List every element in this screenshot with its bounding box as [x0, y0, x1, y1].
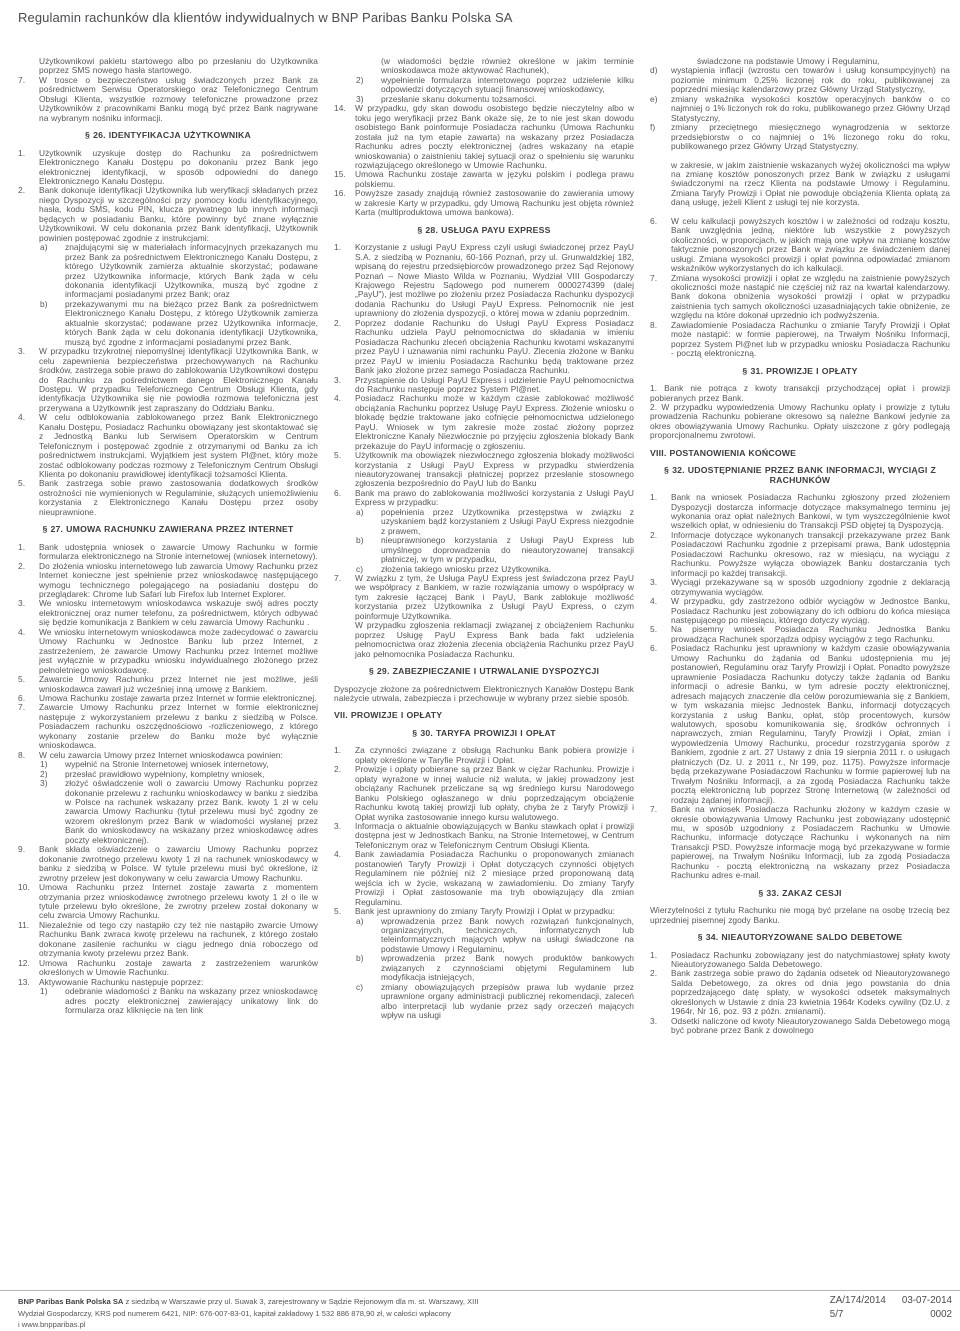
footer-document-meta: ZA/174/2014 03-07-2014 5/7 0002 [830, 1294, 952, 1321]
list-item-text: Bank składa oświadczenie o zawarciu Umow… [39, 844, 318, 882]
list-marker: 5. [18, 479, 37, 488]
list-item: e)zmiany wskaźnika wysokości kosztów ope… [650, 95, 950, 123]
list-item-text: Posiadacz Rachunku może w każdym czasie … [355, 393, 634, 450]
list-marker: 5. [650, 625, 669, 634]
list-marker: 7. [650, 805, 669, 814]
list-item-text: Prowizje i opłaty pobierane są przez Ban… [355, 764, 634, 821]
text-column-3: świadczone na podstawie Umowy i Regulami… [650, 57, 950, 1036]
list-marker: 14. [334, 104, 353, 113]
list-marker: 1) [40, 987, 62, 996]
list-item-text: Bank udostępnia wniosek o zawarcie Umowy… [39, 542, 318, 561]
form-number: 0002 [902, 1308, 952, 1321]
list-marker: 3. [650, 1017, 669, 1026]
paragraph-heading: § 26. IDENTYFIKACJA UŻYTKOWNIKA [18, 131, 318, 140]
list-item: 1.Korzystanie z usługi PayU Express czyl… [334, 243, 634, 319]
list-item-text: Bank zastrzega sobie prawo do żądania od… [671, 968, 950, 1016]
page-title: Regulamin rachunków dla klientów indywid… [18, 10, 513, 25]
list-item: 7.W trosce o bezpieczeństwo usług świadc… [18, 76, 318, 123]
list-item-text: Informacja o aktualnie obowiązujących w … [355, 821, 634, 850]
list-marker: 1. [18, 543, 37, 552]
list-item: 4.W celu odblokowania zablokowanego prze… [18, 413, 318, 479]
paragraph: w zakresie, w jakim zaistnienie wskazany… [650, 161, 950, 208]
list-item: 3.W przypadku trzykrotnej niepomyślnej i… [18, 347, 318, 413]
list-marker: b) [40, 300, 62, 309]
list-marker: 4. [18, 628, 37, 637]
list-item-text: Poprzez dodanie Rachunku do Usługi PayU … [355, 318, 634, 375]
list-subitem: b)przekazywanymi mu na bieżąco przez Ban… [18, 300, 318, 347]
list-marker: 1. [18, 149, 37, 158]
list-item-text: We wniosku internetowym wnioskodawca moż… [39, 627, 318, 675]
list-item-text: Bank dokonuje identyfikacji Użytkownika … [39, 185, 318, 242]
list-item: 6.Posiadacz Rachunku jest uprawniony w k… [650, 644, 950, 805]
list-marker: a) [356, 508, 378, 517]
paragraph-heading: § 28. USŁUGA PAYU EXPRESS [334, 226, 634, 235]
list-marker: 5. [18, 675, 37, 684]
paragraph: 2. W przypadku wypowiedzenia Umowy Rachu… [650, 403, 950, 441]
list-marker: 2. [334, 319, 353, 328]
chapter-heading: VII. PROWIZJE I OPŁATY [334, 711, 634, 720]
list-subitem: b)nieuprawnionego korzystania z Usługi P… [334, 536, 634, 564]
list-item-text: Umowa Rachunku zostaje zawarta w języku … [355, 169, 634, 188]
list-item-text: Umowa Rachunku przez Internet zostaje za… [39, 882, 318, 920]
list-item: 11.Niezależnie od tego czy nastąpiło czy… [18, 921, 318, 959]
list-item-text: Bank na wniosek Posiadacza Rachunku złoż… [671, 804, 950, 880]
document-code: ZA/174/2014 [830, 1294, 886, 1307]
list-item: 1.Posiadacz Rachunku zobowiązany jest do… [650, 951, 950, 970]
list-item: 3.Informacja o aktualnie obowiązujących … [334, 822, 634, 850]
list-marker: 1. [650, 493, 669, 502]
list-marker: 1. [334, 243, 353, 252]
list-item-text: Przystąpienie do Usługi PayU Express i u… [355, 375, 634, 394]
list-item-text: Bank na wniosek Posiadacza Rachunku zgło… [671, 492, 950, 530]
list-item-text: Zawiadomienie Posiadacza Rachunku o zmia… [671, 320, 950, 358]
list-item-text: Zawarcie Umowy Rachunku przez Internet n… [39, 674, 318, 693]
list-item: 3.Przystąpienie do Usługi PayU Express i… [334, 376, 634, 395]
chapter-heading: VIII. POSTANOWIENIA KOŃCOWE [650, 449, 950, 458]
list-item: 3.Odsetki naliczone od kwoty Nieautoryzo… [650, 1017, 950, 1036]
list-marker: 3. [334, 822, 353, 831]
list-item: 8.Zawiadomienie Posiadacza Rachunku o zm… [650, 321, 950, 359]
footer-website: i www.bnpparibas.pl [18, 1320, 86, 1329]
list-marker: 3. [18, 599, 37, 608]
paragraph-heading: § 33. ZAKAZ CESJI [650, 889, 950, 898]
paragraph: (w wiadomości będzie również określone w… [334, 57, 634, 76]
list-marker: 2) [356, 76, 378, 85]
list-item-text: złożyć oświadczenie woli o zawarciu Umow… [65, 778, 318, 845]
list-marker: 8. [650, 321, 669, 330]
list-item: 6.W celu kalkulacji powyższych kosztów i… [650, 217, 950, 274]
list-item-text: przekazywanymi mu na bieżąco przez Bank … [65, 299, 318, 347]
list-item-text: W przypadku, gdy zastrzeżono odbiór wyci… [671, 596, 950, 625]
list-marker: 3) [40, 779, 62, 788]
list-item: 16.Powyższe zasady znajdują również zast… [334, 189, 634, 217]
list-item-text: Na pisemny wniosek Posiadacza Rachunku J… [671, 624, 950, 643]
list-item-text: wprowadzenia przez Bank nowych rozwiązań… [381, 916, 634, 954]
list-marker: 10. [18, 883, 37, 892]
paragraph: W przypadku zgłoszenia reklamacji związa… [334, 621, 634, 659]
list-item: 15.Umowa Rachunku zostaje zawarta w języ… [334, 170, 634, 189]
document-page: Regulamin rachunków dla klientów indywid… [0, 0, 960, 1331]
text-column-2: (w wiadomości będzie również określone w… [334, 57, 634, 1036]
paragraph-heading: § 32. UDOSTĘPNIANIE PRZEZ BANK INFORMACJ… [650, 466, 950, 485]
list-marker: 4. [334, 394, 353, 403]
list-item: 3.Wyciągi przekazywane są w sposób uzgod… [650, 578, 950, 597]
list-item-text: Bank zastrzega sobie prawo zastosowania … [39, 478, 318, 516]
list-item-text: W przypadku trzykrotnej niepomyślnej ide… [39, 346, 318, 413]
list-item-text: Korzystanie z usługi PayU Express czyli … [355, 242, 634, 318]
list-item: 1.Za czynności związane z obsługą Rachun… [334, 746, 634, 765]
list-item-text: wystąpienia inflacji (wzrostu cen towaró… [671, 65, 950, 94]
list-item: 7.Zawarcie Umowy Rachunku przez Internet… [18, 703, 318, 750]
list-item: 7.Zmiana wysokości prowizji i opłat ze w… [650, 274, 950, 321]
list-subitem: c)zmiany obowiązujących przepisów prawa … [334, 983, 634, 1021]
footer-registration-line: Wydział Gospodarczy, KRS pod numerem 642… [18, 1309, 451, 1318]
list-item: 1.Bank na wniosek Posiadacza Rachunku zg… [650, 493, 950, 531]
list-item-text: zmiany wskaźnika wysokości kosztów opera… [671, 94, 950, 123]
list-item: 5.Na pisemny wniosek Posiadacza Rachunku… [650, 625, 950, 644]
list-item-text: Posiadacz Rachunku zobowiązany jest do n… [671, 950, 950, 969]
list-marker: e) [650, 95, 669, 104]
list-item: 1.Użytkownik uzyskuje dostęp do Rachunku… [18, 149, 318, 187]
list-marker: 2. [18, 186, 37, 195]
list-item: 4.W przypadku, gdy zastrzeżono odbiór wy… [650, 597, 950, 625]
paragraph-heading: § 34. NIEAUTORYZOWANE SALDO DEBETOWE [650, 933, 950, 942]
list-marker: d) [650, 66, 669, 75]
list-item-text: Umowa Rachunku zostaje zawarta z zastrze… [39, 958, 318, 977]
paragraph-heading: § 27. UMOWA RACHUNKU ZAWIERANA PRZEZ INT… [18, 525, 318, 534]
list-marker: 8. [18, 751, 37, 760]
list-item-text: Wyciągi przekazywane są w sposób uzgodni… [671, 577, 950, 596]
list-item: 2.Poprzez dodanie Rachunku do Usługi Pay… [334, 319, 634, 376]
paragraph: Wierzytelności z tytułu Rachunku nie mog… [650, 906, 950, 925]
list-item-text: W celu kalkulacji powyższych kosztów i w… [671, 216, 950, 273]
list-item-text: zmiany obowiązujących przepisów prawa lu… [381, 982, 634, 1020]
list-item: 12.Umowa Rachunku zostaje zawarta z zast… [18, 959, 318, 978]
list-item: 2.Prowizje i opłaty pobierane są przez B… [334, 765, 634, 822]
list-marker: 7. [650, 274, 669, 283]
paragraph: Dyspozycje złożone za pośrednictwem Elek… [334, 685, 634, 704]
list-item: 3.We wniosku internetowym wnioskodawca w… [18, 599, 318, 627]
list-marker: 2. [650, 531, 669, 540]
list-item-text: znajdującymi się w materiałach informacy… [65, 242, 318, 299]
list-item-text: Bank zawiadamia Posiadacza Rachunku o pr… [355, 849, 634, 906]
list-marker: 4. [334, 850, 353, 859]
list-item-text: W celu odblokowania zablokowanego przez … [39, 412, 318, 479]
list-item-text: odebranie wiadomości z Banku na wskazany… [65, 986, 318, 1015]
list-item: d)wystąpienia inflacji (wzrostu cen towa… [650, 66, 950, 94]
list-marker: 4. [650, 597, 669, 606]
paragraph-heading: § 29. ZABEZPIECZANIE I UTRWALANIE DYSPOZ… [334, 667, 634, 676]
list-item-text: Za czynności związane z obsługą Rachunku… [355, 745, 634, 764]
list-item-text: nieuprawnionego korzystania z Usługi Pay… [381, 535, 634, 564]
list-marker: f) [650, 123, 669, 132]
list-subitem: 1)odebranie wiadomości z Banku na wskaza… [18, 987, 318, 1015]
list-marker: 2. [650, 969, 669, 978]
list-marker: 3. [650, 578, 669, 587]
list-item: 1.Bank udostępnia wniosek o zawarcie Umo… [18, 543, 318, 562]
list-marker: 1. [650, 951, 669, 960]
list-item-text: Posiadacz Rachunku jest uprawniony w każ… [671, 643, 950, 804]
list-item: 2.Bank dokonuje identyfikacji Użytkownik… [18, 186, 318, 243]
list-marker: b) [356, 536, 378, 545]
list-marker: 6. [334, 489, 353, 498]
list-marker: a) [40, 243, 62, 252]
list-item-text: Do złożenia wniosku internetowego lub za… [39, 561, 318, 599]
list-marker: 7. [18, 76, 37, 85]
list-marker: b) [356, 954, 378, 963]
list-subitem: b)wprowadzenia przez Bank nowych produkt… [334, 954, 634, 982]
list-item: 4.Bank zawiadamia Posiadacza Rachunku o … [334, 850, 634, 907]
list-marker: 2. [334, 765, 353, 774]
list-marker: 6. [650, 217, 669, 226]
list-item: 10.Umowa Rachunku przez Internet zostaje… [18, 883, 318, 921]
footer-divider [0, 1290, 960, 1291]
list-item: 14.W przypadku, gdy skan dowodu osobiste… [334, 104, 634, 170]
list-item: 5.Bank zastrzega sobie prawo zastosowani… [18, 479, 318, 517]
paragraph: 1. Bank nie potrąca z kwoty transakcji p… [650, 384, 950, 403]
list-item: 5.Użytkownik ma obowiązek niezwłocznego … [334, 451, 634, 489]
list-item-text: wypełnienie formularza internetowego pop… [381, 75, 634, 94]
footer-company-info: BNP Paribas Bank Polska SA z siedzibą w … [18, 1296, 638, 1331]
list-marker: 16. [334, 189, 353, 198]
list-item-text: wprowadzenia przez Bank nowych produktów… [381, 953, 634, 982]
list-subitem: a)popełnienia przez Użytkownika przestęp… [334, 508, 634, 536]
list-item: 4.Posiadacz Rachunku może w każdym czasi… [334, 394, 634, 451]
footer-company-address: z siedzibą w Warszawie przy ul. Suwak 3,… [123, 1297, 478, 1306]
list-marker: 5. [334, 451, 353, 460]
list-marker: 2. [18, 562, 37, 571]
list-item-text: W trosce o bezpieczeństwo usług świadczo… [39, 75, 318, 123]
list-item: 5.Zawarcie Umowy Rachunku przez Internet… [18, 675, 318, 694]
list-item: 7.Bank na wniosek Posiadacza Rachunku zł… [650, 805, 950, 881]
list-marker: 6. [650, 644, 669, 653]
list-item-text: Odsetki naliczone od kwoty Nieautoryzowa… [671, 1016, 950, 1035]
list-marker: 3. [334, 376, 353, 385]
list-item-text: We wniosku internetowym wnioskodawca wsk… [39, 598, 318, 627]
page-number: 5/7 [830, 1308, 886, 1321]
list-item-text: W przypadku, gdy skan dowodu osobistego … [355, 103, 634, 170]
list-item-text: popełnienia przez Użytkownika przestępst… [381, 507, 634, 536]
list-marker: 7. [18, 703, 37, 712]
list-item-text: Użytkownik ma obowiązek niezwłocznego zg… [355, 450, 634, 488]
list-marker: 15. [334, 170, 353, 179]
list-item: 7.W związku z tym, że Usługa PayU Expres… [334, 574, 634, 621]
list-subitem: a)wprowadzenia przez Bank nowych rozwiąz… [334, 917, 634, 955]
list-marker: 13. [18, 978, 37, 987]
list-marker: 5. [334, 907, 353, 916]
list-marker: a) [356, 917, 378, 926]
list-item: 9.Bank składa oświadczenie o zawarciu Um… [18, 845, 318, 883]
document-body: Użytkownikowi pakietu startowego albo po… [18, 57, 950, 1036]
list-marker: 3. [18, 347, 37, 356]
list-item: 2.Informacje dotyczące wykonanych transa… [650, 531, 950, 578]
list-item-text: Niezależnie od tego czy nastąpiło czy te… [39, 920, 318, 958]
list-item: 6.Bank ma prawo do zablokowania możliwoś… [334, 489, 634, 508]
list-item-text: zmiany przeciętnego miesięcznego wynagro… [671, 122, 950, 151]
list-marker: 9. [18, 845, 37, 854]
paragraph-heading: § 31. PROWIZJE I OPŁATY [650, 367, 950, 376]
list-item-text: Informacje dotyczące wykonanych transakc… [671, 530, 950, 578]
list-item: 2.Do złożenia wniosku internetowego lub … [18, 562, 318, 600]
list-marker: 12. [18, 959, 37, 968]
list-marker: 4. [18, 413, 37, 422]
document-date: 03-07-2014 [902, 1294, 952, 1307]
list-marker: 1. [334, 746, 353, 755]
list-item: f)zmiany przeciętnego miesięcznego wynag… [650, 123, 950, 151]
list-item-text: Użytkownik uzyskuje dostęp do Rachunku z… [39, 148, 318, 186]
list-marker: c) [356, 983, 378, 992]
list-subitem: a)znajdującymi się w materiałach informa… [18, 243, 318, 300]
list-marker: 11. [18, 921, 37, 930]
footer-company-name: BNP Paribas Bank Polska SA [18, 1297, 123, 1306]
list-item-text: Bank ma prawo do zablokowania możliwości… [355, 488, 634, 507]
list-subitem: 3)złożyć oświadczenie woli o zawarciu Um… [18, 779, 318, 845]
list-item-text: Zawarcie Umowy Rachunku przez Internet w… [39, 702, 318, 750]
list-item: 2.Bank zastrzega sobie prawo do żądania … [650, 969, 950, 1016]
list-item-text: W związku z tym, że Usługa PayU Express … [355, 573, 634, 621]
paragraph: Użytkownikowi pakietu startowego albo po… [18, 57, 318, 76]
list-marker: 7. [334, 574, 353, 583]
list-item-text: Zmiana wysokości prowizji i opłat ze wzg… [671, 273, 950, 321]
list-item: 4.We wniosku internetowym wnioskodawca m… [18, 628, 318, 675]
paragraph-heading: § 30. TARYFA PROWIZJI I OPŁAT [334, 729, 634, 738]
text-column-1: Użytkownikowi pakietu startowego albo po… [18, 57, 318, 1036]
list-subitem: 2)wypełnienie formularza internetowego p… [334, 76, 634, 95]
list-item-text: Powyższe zasady znajdują również zastoso… [355, 188, 634, 217]
